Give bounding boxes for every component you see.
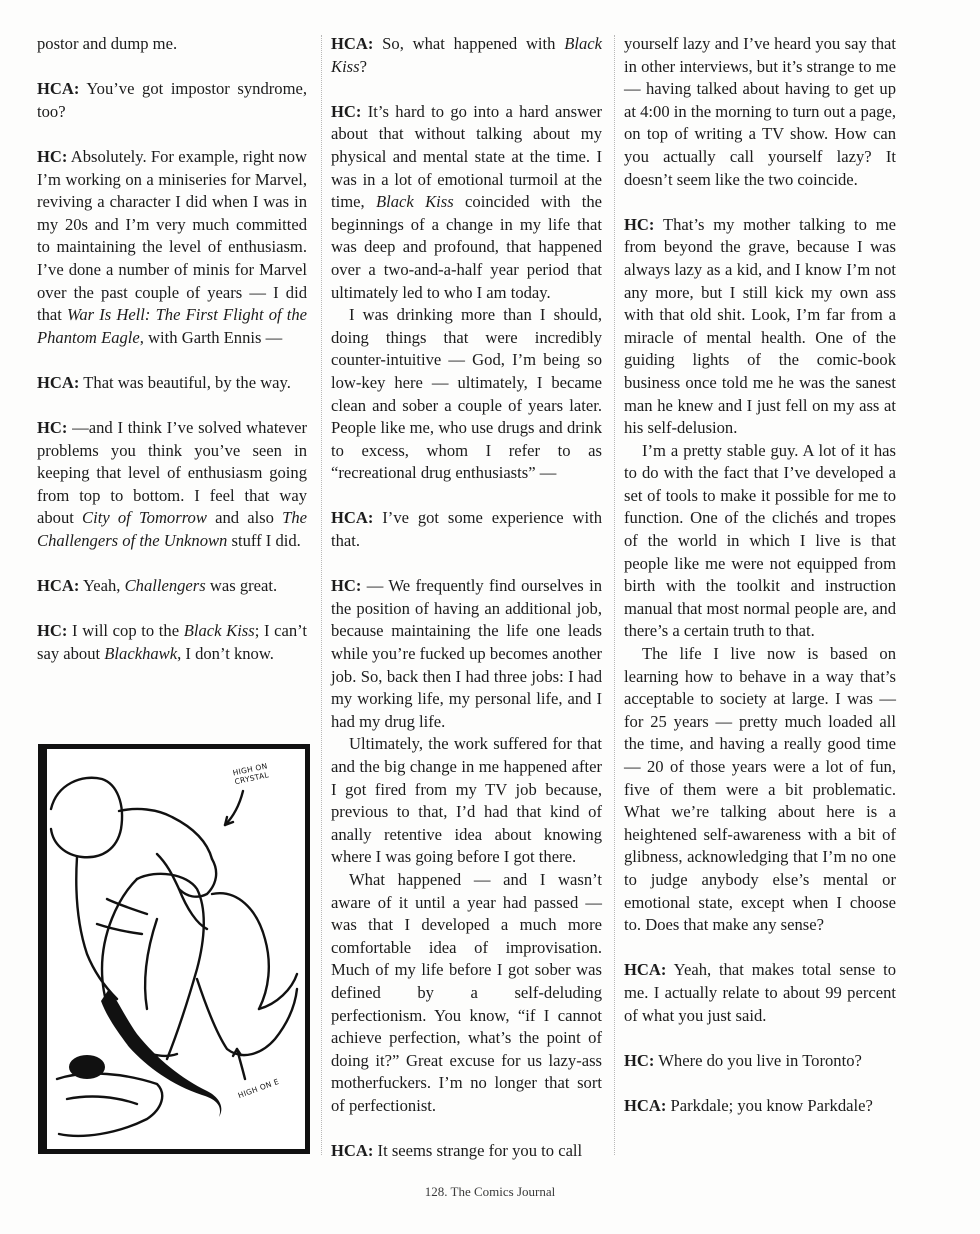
paragraph: HC: It’s hard to go into a hard answer a… [331, 101, 602, 304]
paragraph: HC: Absolutely. For example, right now I… [37, 146, 307, 349]
paragraph: HCA: It seems strange for you to call [331, 1140, 602, 1163]
paragraph: HCA: Parkdale; you know Parkdale? [624, 1095, 896, 1118]
paragraph: HC: That’s my mother talking to me from … [624, 214, 896, 440]
paragraph: I was drinking more than I should, doing… [331, 304, 602, 485]
speaker-label: HC: [37, 418, 67, 437]
text-column-1: postor and dump me. HCA: You’ve got impo… [37, 33, 307, 666]
column-divider [321, 35, 322, 1155]
paragraph: Ultimately, the work suffered for that a… [331, 733, 602, 869]
speaker-label: HCA: [37, 576, 79, 595]
paragraph: The life I live now is based on learning… [624, 643, 896, 937]
paragraph: HCA: Yeah, Challengers was great. [37, 575, 307, 598]
speaker-label: HC: [624, 215, 654, 234]
paragraph: HC: I will cop to the Black Kiss; I can’… [37, 620, 307, 665]
speaker-label: HC: [37, 621, 67, 640]
paragraph: HCA: I’ve got some experience with that. [331, 507, 602, 552]
speaker-label: HC: [331, 576, 361, 595]
speaker-label: HC: [37, 147, 67, 166]
paragraph: HC: — We frequently find ourselves in th… [331, 575, 602, 733]
speaker-label: HC: [331, 102, 361, 121]
text-column-3: yourself lazy and I’ve heard you say tha… [624, 33, 896, 1118]
page-footer: 128. The Comics Journal [0, 1184, 980, 1200]
speaker-label: HCA: [331, 508, 373, 527]
speaker-label: HCA: [624, 1096, 666, 1115]
paragraph: HC: —and I think I’ve solved whatever pr… [37, 417, 307, 553]
speaker-label: HCA: [331, 34, 373, 53]
comic-panel-illustration: HIGH ON CRYSTAL HIGH ON E [38, 744, 310, 1154]
speaker-label: HCA: [37, 373, 79, 392]
title-italic: City of Tomorrow [82, 508, 207, 527]
paragraph: I’m a pretty stable guy. A lot of it has… [624, 440, 896, 643]
paragraph: HCA: So, what happened with Black Kiss? [331, 33, 602, 78]
speaker-label: HC: [624, 1051, 654, 1070]
text-column-2: HCA: So, what happened with Black Kiss? … [331, 33, 602, 1163]
title-italic: Black Kiss [184, 621, 255, 640]
column-divider [614, 35, 615, 1155]
title-italic: Challengers [125, 576, 206, 595]
paragraph: yourself lazy and I’ve heard you say tha… [624, 33, 896, 191]
speaker-label: HCA: [624, 960, 666, 979]
speaker-label: HCA: [37, 79, 79, 98]
paragraph: HCA: That was beautiful, by the way. [37, 372, 307, 395]
title-italic: Black Kiss [376, 192, 454, 211]
paragraph: HC: Where do you live in Toronto? [624, 1050, 896, 1073]
paragraph: HCA: You’ve got impostor syndrome, too? [37, 78, 307, 123]
title-italic: Blackhawk [104, 644, 177, 663]
paragraph: HCA: Yeah, that makes total sense to me.… [624, 959, 896, 1027]
paragraph: What happened — and I wasn’t aware of it… [331, 869, 602, 1118]
speaker-label: HCA: [331, 1141, 373, 1160]
paragraph: postor and dump me. [37, 33, 307, 56]
